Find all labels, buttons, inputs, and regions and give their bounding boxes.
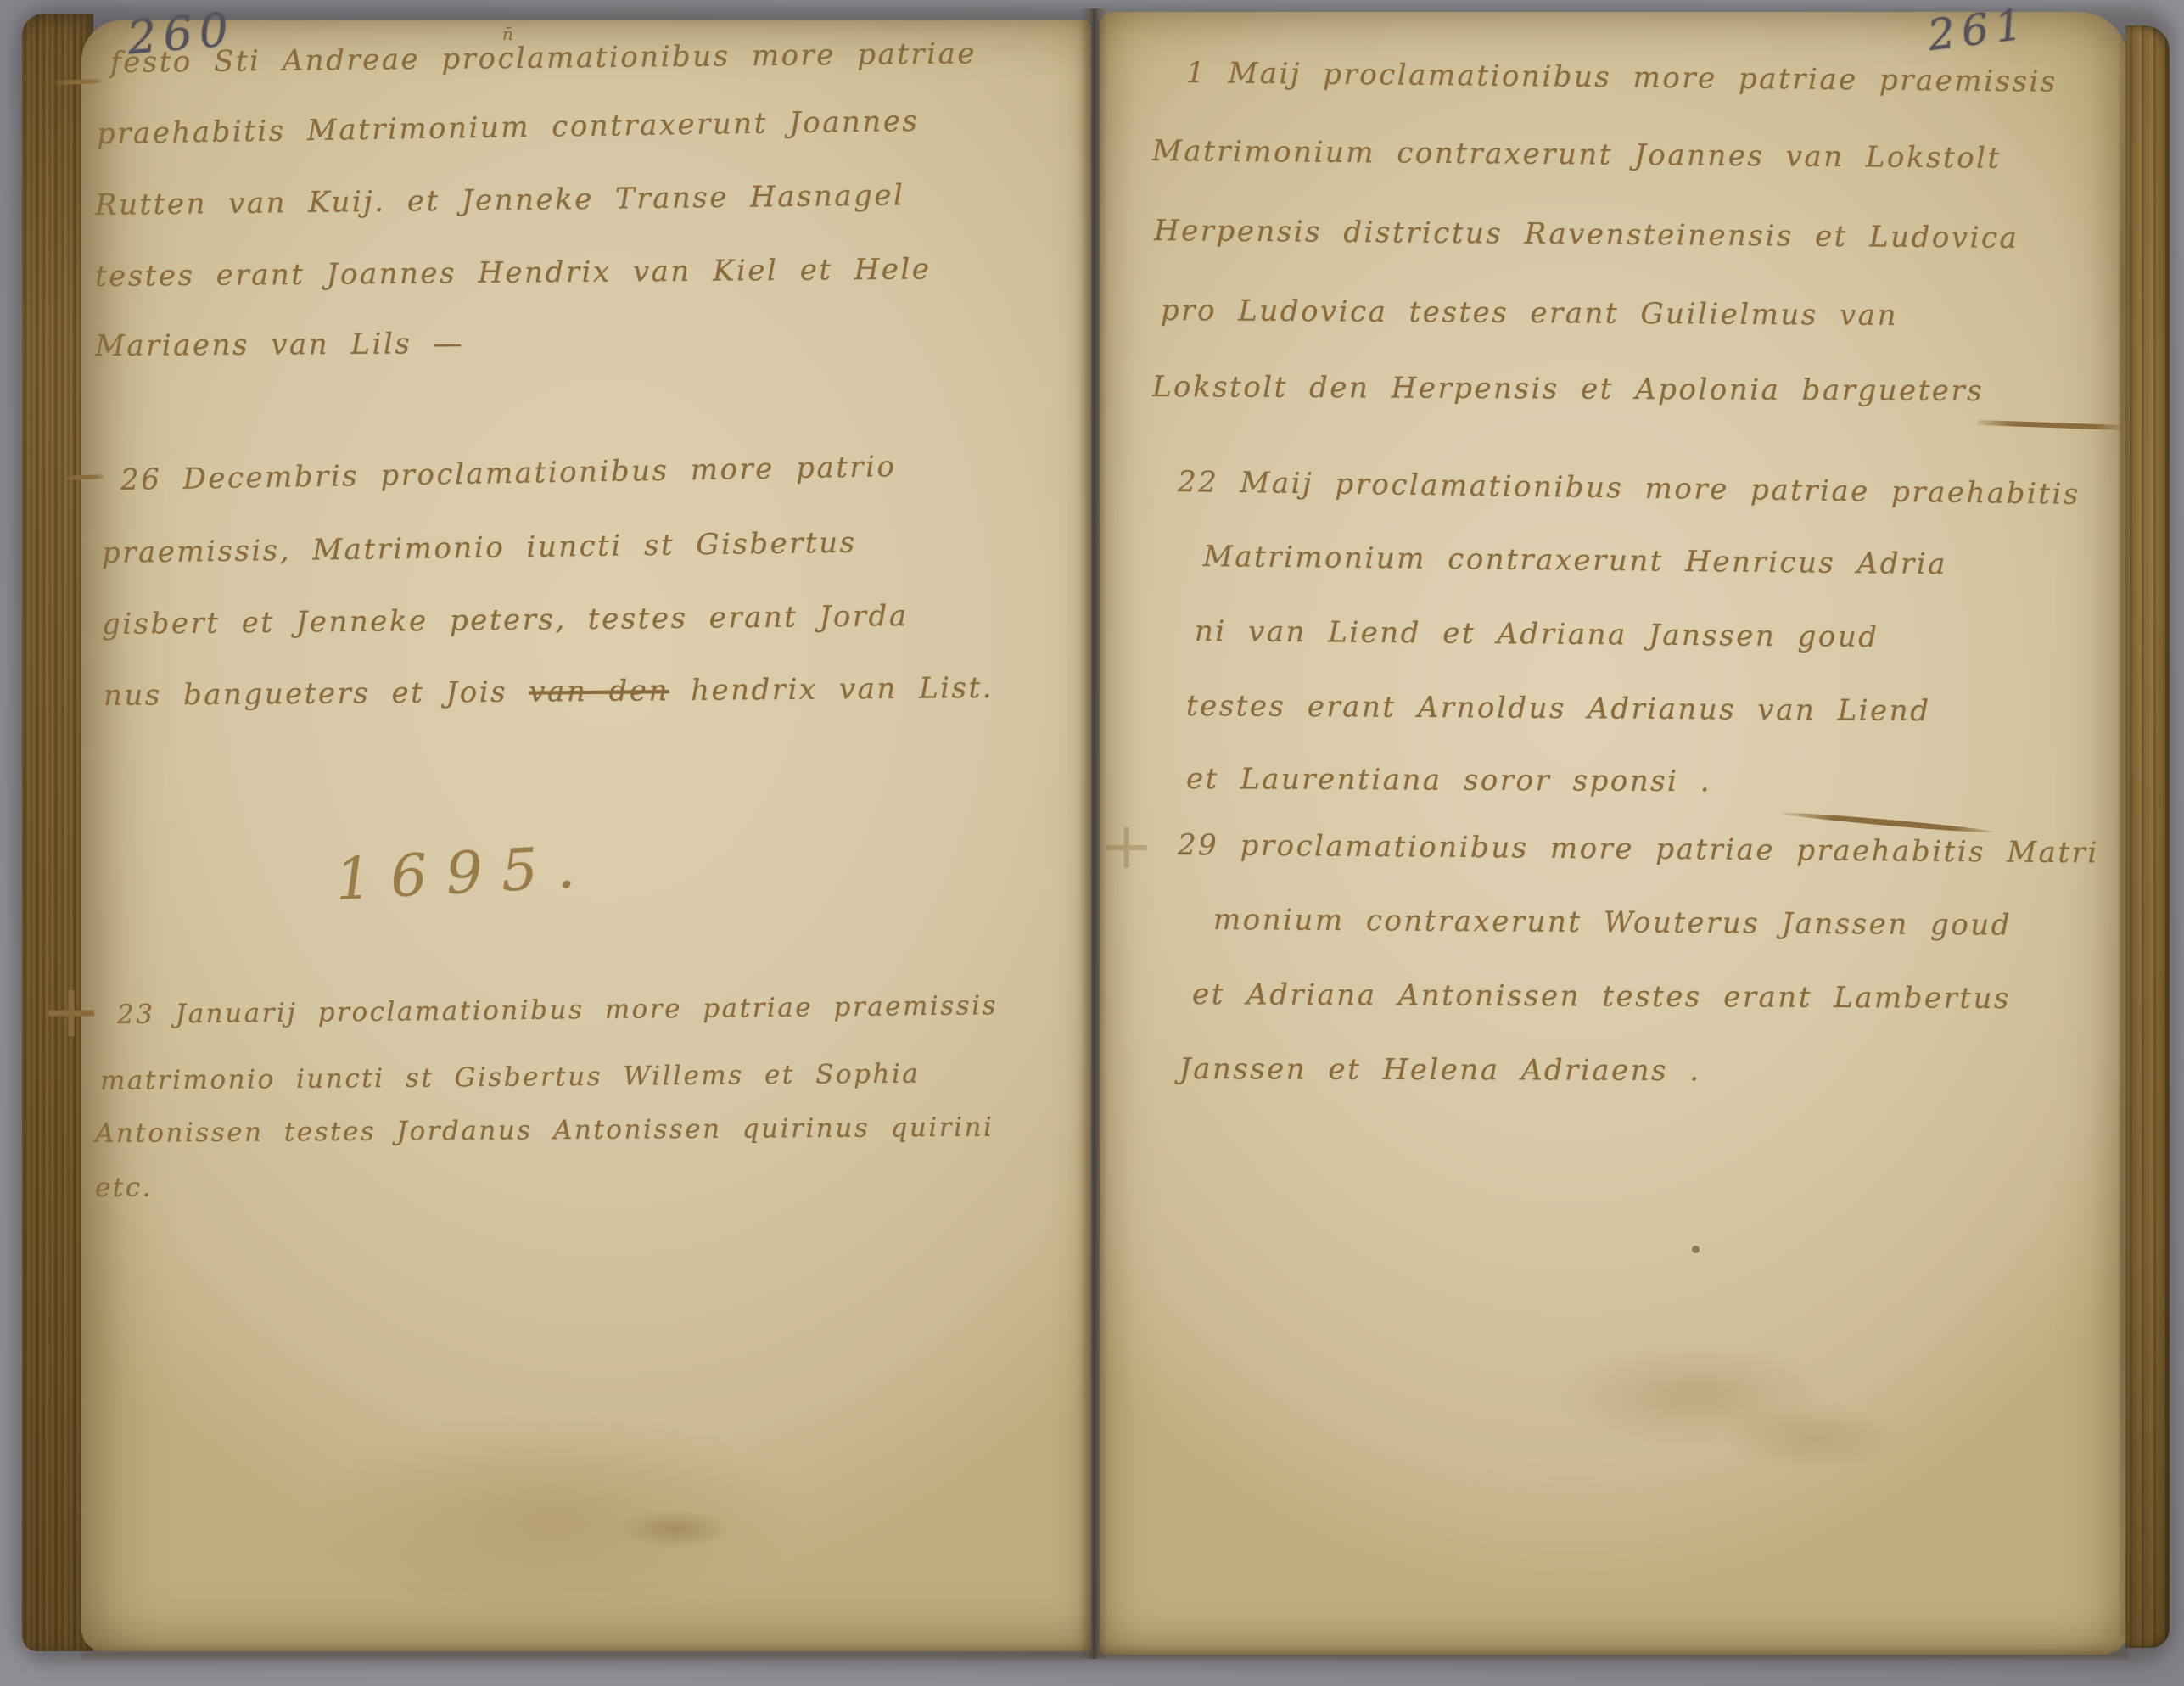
register-entry-line: monium contraxerunt Wouterus Janssen gou… xyxy=(1213,903,2012,943)
register-entry-line: et Laurentiana soror sponsi . xyxy=(1186,762,1711,798)
line-segment: hendrix van List. xyxy=(669,671,994,708)
register-entry-line: etc. xyxy=(95,1173,153,1203)
register-entry-line: Antonissen testes Jordanus Antonissen qu… xyxy=(95,1112,994,1149)
fore-edge-crease xyxy=(2120,34,2125,1638)
register-entry-line: Lokstolt den Herpensis et Apolonia bargu… xyxy=(1152,370,1984,408)
page-edge-stack-right xyxy=(2125,25,2170,1648)
register-entry-line: et Adriana Antonissen testes erant Lambe… xyxy=(1192,977,2011,1016)
ink-dot xyxy=(1692,1246,1700,1253)
bottom-page-edge xyxy=(81,1644,2128,1658)
margin-cross-mark: + xyxy=(1100,808,1154,883)
line-segment: nus bangueters et Jois xyxy=(104,675,529,713)
struck-through-text: van den xyxy=(529,674,669,709)
register-entry-line: pro Ludovica testes erant Guilielmus van xyxy=(1161,294,1898,333)
register-entry-line: Janssen et Helena Adriaens . xyxy=(1179,1052,1701,1088)
register-entry-line: Mariaens van Lils — xyxy=(95,327,464,363)
margin-cross-mark: + xyxy=(41,969,102,1054)
year-heading: 1695. xyxy=(333,833,595,914)
register-entry-line: testes erant Arnoldus Adrianus van Liend xyxy=(1186,689,1931,728)
register-entry-line: ni van Liend et Adriana Janssen goud xyxy=(1195,614,1879,654)
